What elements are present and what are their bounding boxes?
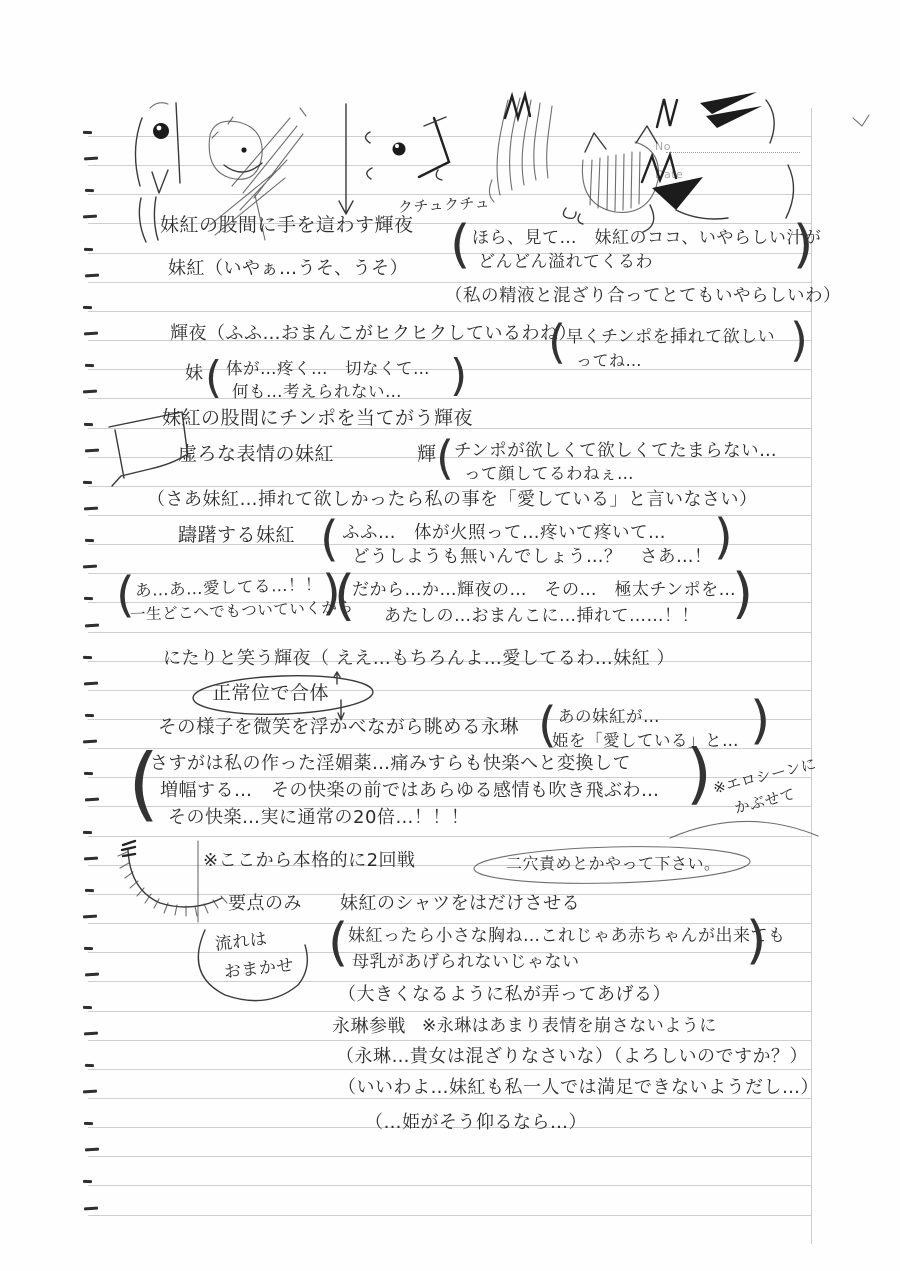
quote-line: チンポが欲しくて欲しくてたまらない… xyxy=(454,441,777,461)
ruled-line xyxy=(88,165,812,166)
torn-edge-dash xyxy=(85,889,94,892)
torn-edge-dash xyxy=(83,830,92,833)
note-line: ※ここから本格的に2回戦 xyxy=(203,851,416,872)
ruled-line xyxy=(88,923,812,924)
torn-edge-dash xyxy=(85,1064,94,1067)
torn-edge-dash xyxy=(84,157,98,160)
torn-edge-dash xyxy=(85,448,99,451)
torn-edge-dash xyxy=(84,1206,98,1209)
note-line: （大きくなるように私が弄ってあげる） xyxy=(338,985,671,1006)
big-paren-close: ) xyxy=(686,744,712,803)
sketch-profile-face xyxy=(366,117,450,180)
ruled-line xyxy=(88,690,812,691)
big-paren-close: ) xyxy=(714,516,733,559)
big-paren-open: ( xyxy=(328,920,348,967)
note-line: 妹 xyxy=(185,364,204,385)
quote-line: 増幅する… その快楽の前ではあらゆる感情も吹き飛ぶわ… xyxy=(160,781,660,802)
ruled-line xyxy=(88,136,812,137)
torn-edge-dash xyxy=(84,947,93,950)
ruled-line xyxy=(88,1040,812,1041)
note-line: 躊躇する妹紅 xyxy=(178,525,295,547)
ruled-line xyxy=(88,1156,812,1157)
note-line: その様子を微笑を浮かべながら眺める永琳 xyxy=(158,717,519,738)
torn-edge-dash xyxy=(83,1180,92,1183)
ruled-line xyxy=(88,1069,812,1070)
note-line: 妹紅の股間に手を這わす輝夜 xyxy=(160,215,414,237)
torn-edge-dash xyxy=(85,973,99,976)
quote-line: だから…か…輝夜の… その… 極太チンポを… xyxy=(352,581,736,601)
big-paren-open: ( xyxy=(436,438,454,479)
quote-line: 何も…考えられない… xyxy=(232,383,402,402)
ruled-line xyxy=(88,1215,812,1216)
quote-line: あ…あ…愛してる…！！ xyxy=(135,576,323,601)
ruled-line xyxy=(88,1185,812,1186)
big-paren-close: ) xyxy=(450,356,467,396)
torn-edge-dash xyxy=(85,189,94,192)
big-paren-close: ) xyxy=(793,222,813,269)
quote-line: ほら、見て… 妹紅のココ、いやらしい汁が xyxy=(472,229,821,249)
big-paren-open: ( xyxy=(450,222,470,269)
torn-edge-dash xyxy=(85,1148,99,1151)
torn-edge-dash xyxy=(83,915,97,918)
quote-line: どんどん溢れてくるわ xyxy=(478,253,653,273)
torn-edge-dash xyxy=(83,565,97,568)
ruled-line xyxy=(88,981,812,982)
sketch-dark-slashes xyxy=(642,92,869,219)
torn-edge-dash xyxy=(84,681,98,684)
no-dotted-line xyxy=(666,152,800,153)
torn-edge-dash xyxy=(83,1089,97,1092)
quote-line: 妹紅ったら小さな胸ね…これじゃあ赤ちゃんが出来ても xyxy=(348,927,786,947)
torn-edge-dash xyxy=(85,364,94,367)
torn-edge-dash xyxy=(85,539,94,542)
ruled-line xyxy=(88,836,812,837)
torn-edge-dash xyxy=(83,1005,92,1008)
scanned-notebook-page: No Date xyxy=(0,0,900,1271)
sketch-cat-face xyxy=(563,126,658,232)
note-line-circled: 二穴責めとかやって下さい。 xyxy=(506,855,721,873)
big-paren-open: ( xyxy=(320,518,339,561)
torn-edge-dash xyxy=(83,656,92,659)
quote-line: 早くチンポを挿れて欲しい xyxy=(566,328,775,348)
torn-edge-dash xyxy=(83,215,97,218)
note-line: 要点のみ xyxy=(228,894,302,915)
quote-line: どうしようも無いんでしょう…？ さあ…！ xyxy=(352,547,712,567)
note-line: 妹紅（いやぁ…うそ、うそ） xyxy=(168,259,408,280)
ruled-line xyxy=(88,573,812,574)
ruled-line xyxy=(88,1011,812,1012)
quote-line: ってね… xyxy=(576,352,642,370)
torn-edge-dash xyxy=(84,506,98,509)
torn-edge-dash xyxy=(84,772,93,775)
date-label: Date xyxy=(655,168,683,181)
torn-edge-dash xyxy=(84,1031,98,1034)
big-paren-open: ( xyxy=(548,322,566,363)
side-note: おまかせ xyxy=(223,956,295,983)
quote-line: さすがは私の作った淫媚薬…痛みすらも快楽へと変換して xyxy=(150,754,631,775)
quote-line: って顔してるわねぇ… xyxy=(464,465,634,484)
big-paren-close: ) xyxy=(732,570,753,619)
note-line: 妹紅の股間にチンポを当てがう輝夜 xyxy=(162,408,473,430)
torn-edge-dash xyxy=(85,273,99,276)
torn-edge-dash xyxy=(84,422,93,425)
torn-edge-dash xyxy=(85,623,99,626)
torn-edge-dash xyxy=(83,740,97,743)
big-paren-close: ) xyxy=(750,698,770,745)
note-line: （いいわよ…妹紅も私一人では満足できないようだし…） xyxy=(338,1078,819,1099)
torn-edge-dash xyxy=(84,597,93,600)
note-line: 輝夜（ふふ…おまんこがヒクヒクしているわね） xyxy=(170,324,577,345)
ruled-line xyxy=(88,311,812,312)
note-line: 永琳参戦 xyxy=(332,1017,406,1038)
torn-edge-dash xyxy=(84,1122,93,1125)
paper-right-edge xyxy=(811,108,812,1244)
torn-edge-dash xyxy=(84,856,98,859)
torn-edge-dash xyxy=(83,131,92,134)
torn-edge-dash xyxy=(84,247,93,250)
ruled-line xyxy=(88,632,812,633)
big-paren-open: ( xyxy=(205,358,222,398)
quote-line: その快楽…実に通常の20倍…！！！ xyxy=(168,808,469,829)
torn-edge-dash xyxy=(85,798,99,801)
quote-line: 母乳があげられないじゃない xyxy=(352,953,580,973)
note-line-circled: 正常位で合体 xyxy=(212,683,329,705)
sketch-hair-scribble xyxy=(489,95,552,202)
note-line: 輝 xyxy=(417,444,437,466)
note-line: （…姫がそう仰るなら…） xyxy=(365,1113,587,1134)
quote-line: （私の精液と混ざり合ってとてもいやらしいわ） xyxy=(445,286,841,306)
quote-line: あたしの…おまんこに…挿れて……！！ xyxy=(384,607,699,627)
note-line: ※永琳はあまり表情を崩さないように xyxy=(422,1017,717,1037)
quote-line: あの妹紅が… xyxy=(558,708,660,727)
ruled-line xyxy=(88,486,812,487)
big-paren-close: ) xyxy=(790,320,808,361)
note-line: （永琳…貴女は混ざりなさいな）（よろしいのですか？） xyxy=(336,1047,808,1068)
ruled-line xyxy=(88,282,812,283)
quote-line: 体が…疼く… 切なくて… xyxy=(226,360,430,379)
ruled-line xyxy=(88,515,812,516)
torn-edge-dash xyxy=(84,332,98,335)
note-line: にたりと笑う輝夜（ ええ…もちろんよ…愛してるわ…妹紅 ） xyxy=(163,649,675,670)
note-line: （さあ妹紅…挿れて欲しかったら私の事を「愛している」と言いなさい） xyxy=(147,490,758,511)
torn-edge-dash xyxy=(83,306,92,309)
note-line: 虚ろな表情の妹紅 xyxy=(178,444,334,466)
quote-line: ふふ… 体が火照って…疼いて疼いて… xyxy=(342,523,666,543)
torn-edge-dash xyxy=(83,390,97,393)
note-line: 妹紅のシャツをはだけさせる xyxy=(340,894,580,915)
sketch-down-arrow xyxy=(339,104,353,214)
big-paren-close: ) xyxy=(746,918,766,965)
torn-edge-dash xyxy=(83,481,92,484)
torn-edge-dash xyxy=(85,714,94,717)
